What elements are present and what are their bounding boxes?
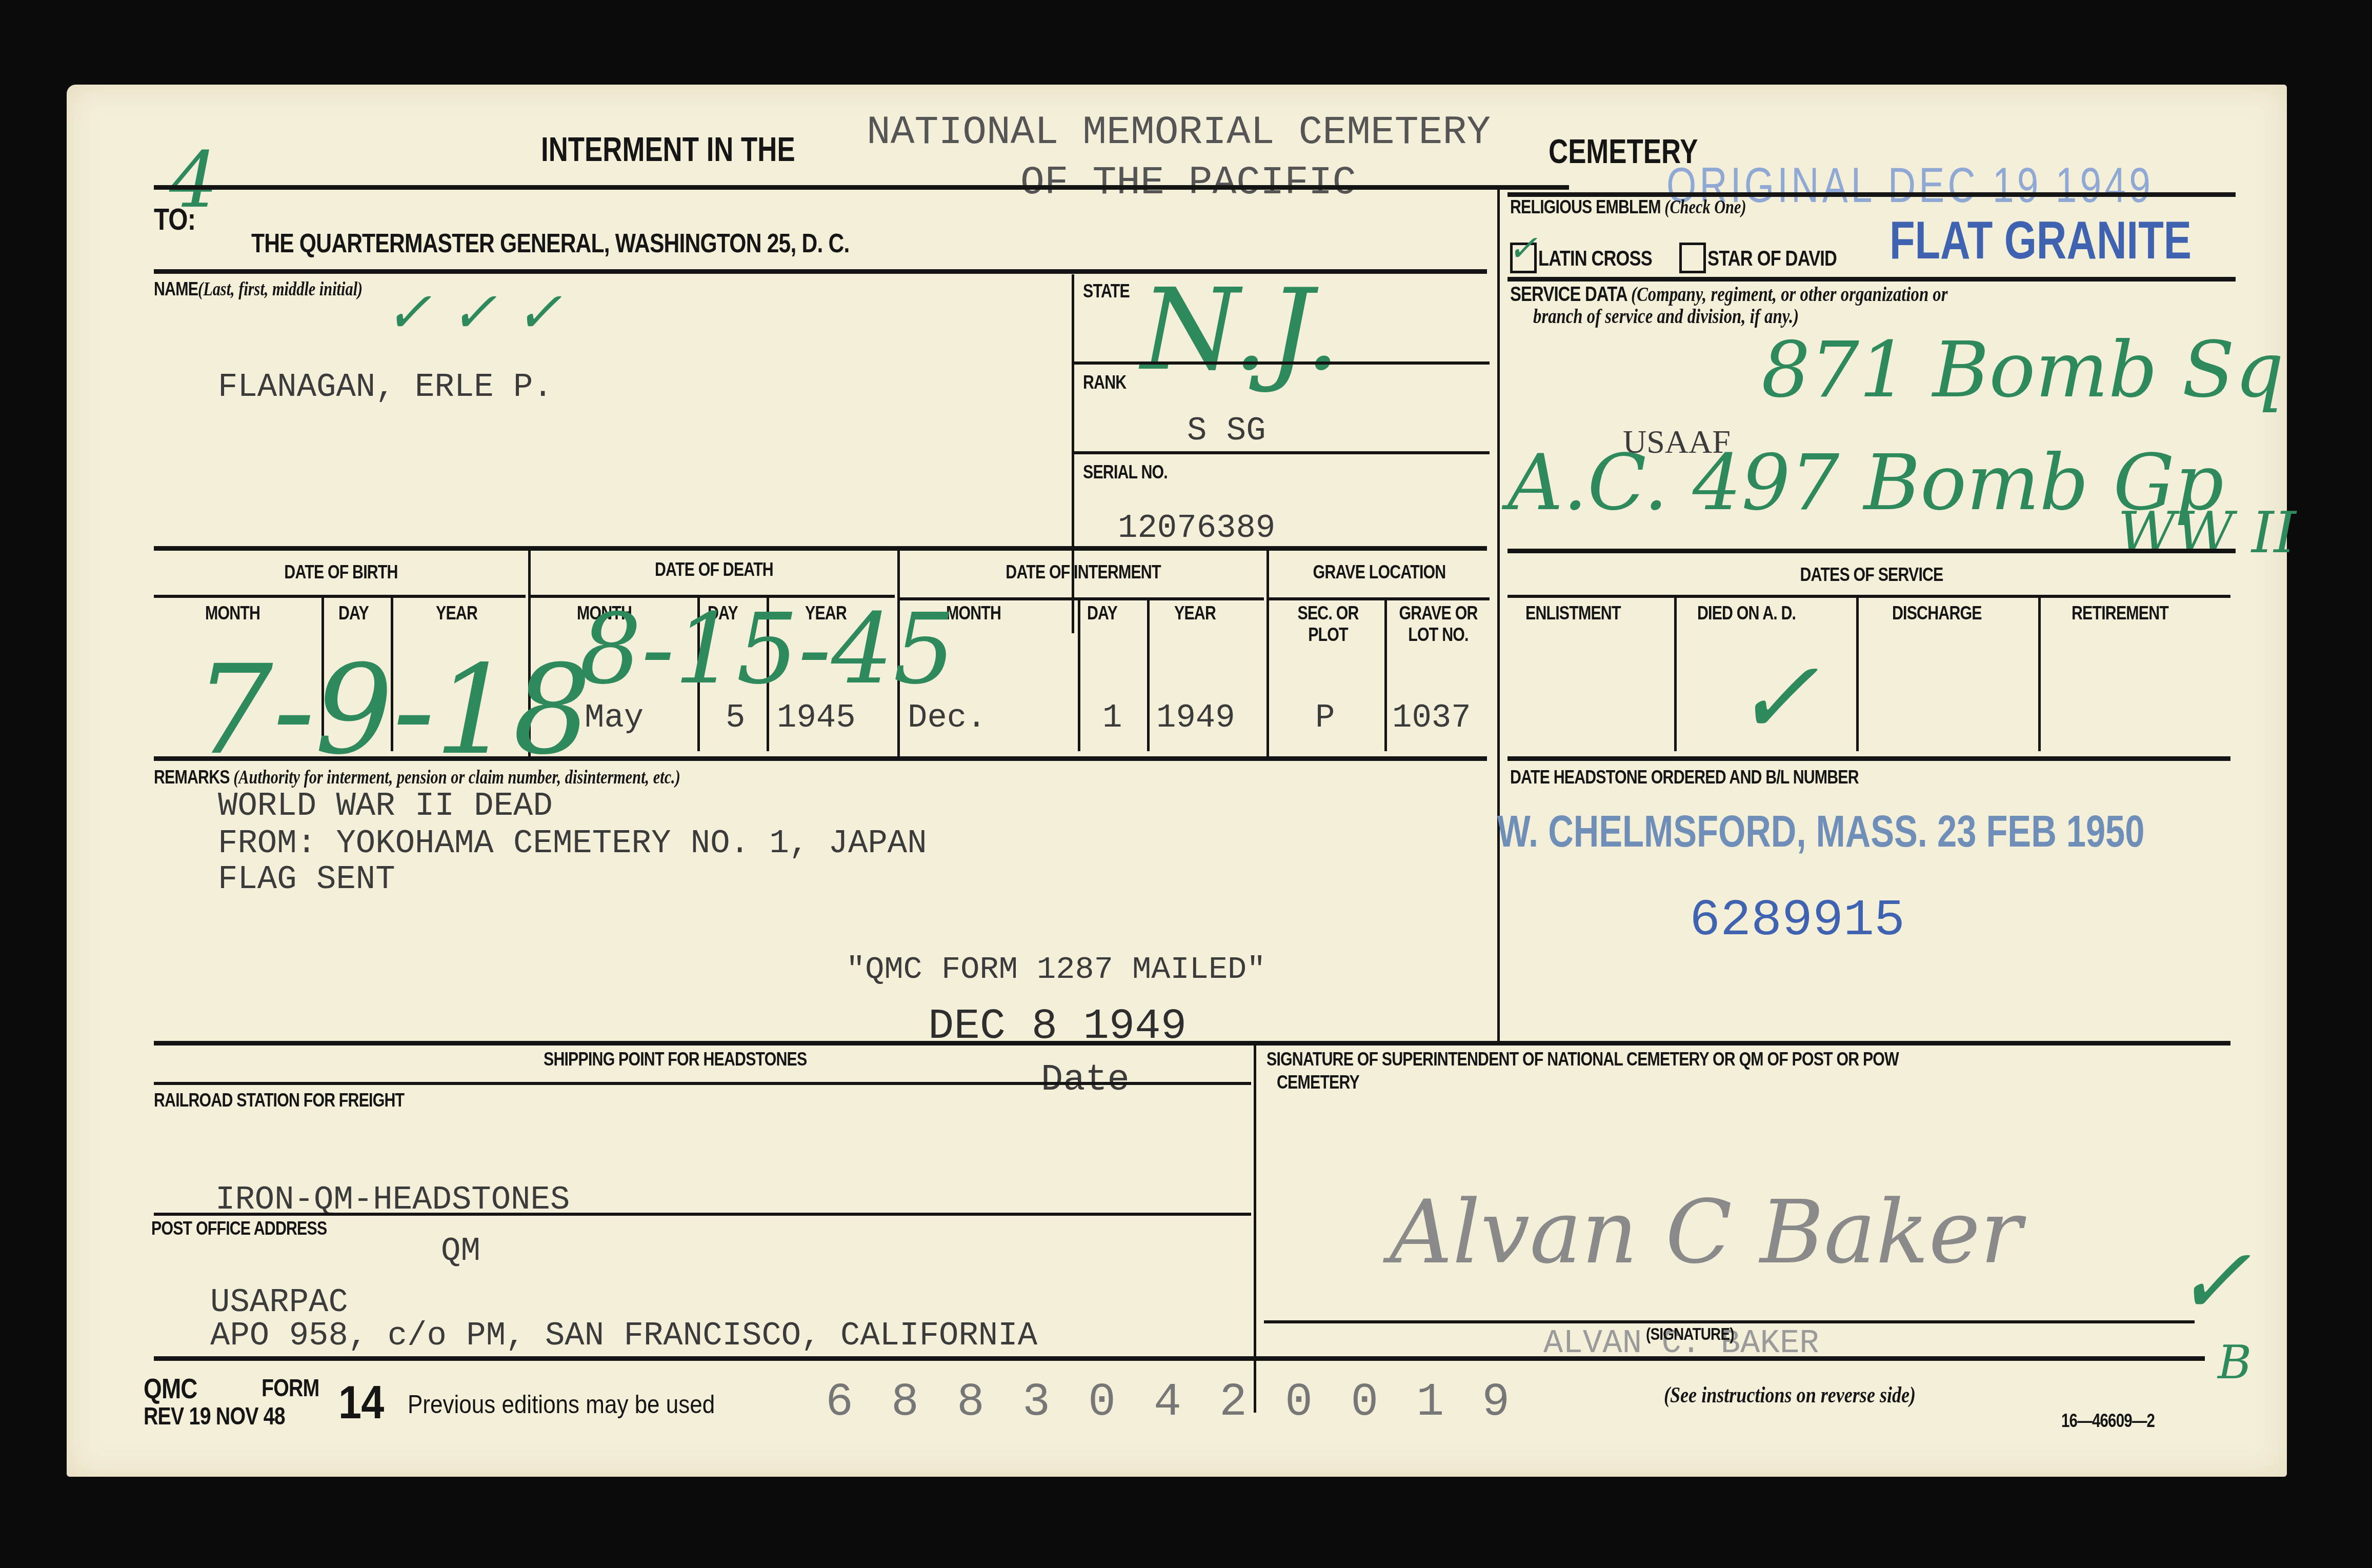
post-office-line-2: USARPAC	[210, 1284, 348, 1321]
railroad-station-label: RAILROAD STATION FOR FREIGHT	[154, 1090, 404, 1111]
latin-cross-checkbox[interactable]: ✓	[1510, 243, 1537, 273]
shipping-point-label: SHIPPING POINT FOR HEADSTONES	[544, 1049, 807, 1070]
form-number: 14	[338, 1377, 384, 1430]
mailed-date-label: Date	[1041, 1059, 1130, 1101]
retirement-header: RETIREMENT	[2072, 602, 2168, 624]
check-mark-icon: ✓	[2174, 1228, 2252, 1335]
headstone-type-stamp: FLAT GRANITE	[1889, 210, 2192, 271]
star-of-david-label: STAR OF DAVID	[1707, 246, 1837, 271]
dob-month-header: MONTH	[205, 602, 260, 624]
divider	[1507, 549, 2236, 553]
superintendent-signature: Alvan C Baker	[1390, 1182, 2022, 1283]
remarks-line-2: FROM: YOKOHAMA CEMETERY NO. 1, JAPAN	[218, 826, 927, 862]
date-of-death-header: DATE OF DEATH	[564, 559, 864, 580]
remarks-label: REMARKS (Authority for interment, pensio…	[154, 767, 680, 789]
name-label: NAME(Last, first, middle initial)	[154, 278, 363, 300]
divider	[154, 546, 1487, 551]
instructions-note: (See instructions on reverse side)	[1664, 1382, 1916, 1408]
dod-day: 5	[726, 700, 745, 737]
signature-label-line1: SIGNATURE OF SUPERINTENDENT OF NATIONAL …	[1267, 1049, 1899, 1070]
state-label: STATE	[1083, 280, 1130, 302]
divider	[1267, 549, 1269, 756]
signature-caption: (SIGNATURE)	[1646, 1324, 1734, 1344]
dob-year-header: YEAR	[436, 602, 477, 624]
divider	[154, 595, 526, 598]
signature-label-line2: CEMETERY	[1277, 1072, 1359, 1093]
rank-value: S SG	[1187, 413, 1266, 450]
cemetery-name-line1: NATIONAL MEMORIAL CEMETERY	[867, 110, 1491, 155]
doi-year-header: YEAR	[1174, 602, 1216, 624]
serial-label: SERIAL NO.	[1083, 461, 1168, 483]
doi-day-header: DAY	[1087, 602, 1117, 624]
dod-handwritten: 8-15-45	[579, 592, 955, 706]
dod-year: 1945	[777, 700, 856, 737]
initial-mark: B	[2218, 1336, 2252, 1390]
died-on-ad-check-icon: ✓	[1733, 638, 1819, 758]
to-address: THE QUARTERMASTER GENERAL, WASHINGTON 25…	[251, 228, 850, 259]
cemetery-name-line2: OF THE PACIFIC	[1020, 160, 1356, 206]
headstone-ordered-stamp: W. CHELMSFORD, MASS. 23 FEB 1950	[1497, 805, 2144, 857]
service-data-handwritten-2: A.C. 497 Bomb Gp	[1507, 438, 2224, 528]
divider	[1507, 595, 2230, 598]
divider	[154, 1082, 1251, 1085]
interment-form-card: 4 INTERMENT IN THE NATIONAL MEMORIAL CEM…	[67, 85, 2287, 1477]
date-of-interment-header: DATE OF INTERMENT	[933, 561, 1233, 583]
sec-or-plot-header: SEC. OR PLOT	[1282, 602, 1374, 646]
remarks-line-3: FLAG SENT	[218, 861, 395, 898]
divider	[1507, 756, 2230, 761]
name-value: FLANAGAN, ERLE P.	[218, 369, 553, 406]
post-office-label: POST OFFICE ADDRESS	[151, 1218, 327, 1239]
divider	[154, 1213, 1251, 1216]
dod-month: May	[585, 700, 644, 737]
check-mark-icon: ✓ ✓ ✓	[385, 279, 562, 345]
grave-location-header: GRAVE LOCATION	[1289, 561, 1470, 583]
divider	[154, 756, 1487, 761]
form-title-prefix: INTERMENT IN THE	[541, 130, 795, 169]
doi-month: Dec.	[908, 700, 987, 737]
enlistment-header: ENLISTMENT	[1525, 602, 1621, 624]
divider	[2038, 597, 2041, 751]
form-word: FORM	[262, 1374, 319, 1402]
divider	[154, 1356, 2205, 1361]
grave-sec-plot: P	[1315, 700, 1335, 737]
previous-editions-note: Previous editions may be used	[408, 1390, 715, 1419]
service-data-label: SERVICE DATA (Company, regiment, or othe…	[1510, 282, 1948, 306]
service-data-hint: branch of service and division, if any.)	[1533, 304, 1799, 328]
grave-or-lot-header: GRAVE OR LOT NO.	[1396, 602, 1480, 646]
dates-of-service-header: DATES OF SERVICE	[1573, 564, 2170, 586]
divider	[1497, 187, 1500, 1043]
post-office-line-1: QM	[441, 1233, 480, 1270]
grave-lot-number: 1037	[1392, 700, 1471, 737]
doi-day: 1	[1102, 700, 1122, 737]
print-code: 16—46609—2	[2061, 1410, 2155, 1432]
dob-day-header: DAY	[338, 602, 369, 624]
died-on-ad-header: DIED ON A. D.	[1697, 602, 1796, 624]
divider	[1507, 277, 2236, 282]
doi-year: 1949	[1156, 700, 1235, 737]
date-of-birth-header: DATE OF BIRTH	[188, 561, 495, 583]
divider	[154, 185, 1569, 190]
headstone-ordered-label: DATE HEADSTONE ORDERED AND B/L NUMBER	[1510, 767, 1859, 788]
service-data-handwritten-3: WW II	[2118, 500, 2296, 566]
state-handwritten: N.J.	[1141, 264, 1340, 395]
divider	[1269, 597, 1490, 600]
bl-number-stamp: 6289915	[1690, 892, 1905, 950]
divider	[1074, 451, 1490, 454]
divider	[1384, 597, 1387, 751]
divider	[1074, 361, 1490, 365]
remarks-line-1: WORLD WAR II DEAD	[218, 788, 553, 825]
divider	[1147, 597, 1150, 751]
divider	[154, 1041, 2230, 1046]
form-org: QMC	[144, 1372, 197, 1405]
divider	[1856, 597, 1859, 751]
rank-label: RANK	[1083, 372, 1126, 393]
form-revision: REV 19 NOV 48	[144, 1402, 285, 1431]
religious-emblem-label: RELIGIOUS EMBLEM (Check One)	[1510, 196, 1746, 218]
post-office-line-3: APO 958, c/o PM, SAN FRANCISCO, CALIFORN…	[210, 1318, 1037, 1355]
star-of-david-checkbox[interactable]	[1679, 243, 1706, 273]
to-label: TO:	[154, 202, 195, 237]
check-mark-icon: ✓	[1507, 227, 1538, 269]
signature-line	[1264, 1320, 2195, 1323]
serial-value: 12076389	[1118, 510, 1275, 547]
service-data-handwritten-1: 871 Bomb Sq	[1761, 326, 2284, 415]
discharge-header: DISCHARGE	[1892, 602, 1982, 624]
divider	[1078, 597, 1080, 751]
serial-number-stamp: 6 8 8 3 0 4 2 0 0 1 9	[826, 1377, 1515, 1429]
divider	[1674, 597, 1677, 751]
latin-cross-label: LATIN CROSS	[1538, 246, 1652, 271]
form-mailed-stamp: "QMC FORM 1287 MAILED"	[846, 951, 1266, 988]
